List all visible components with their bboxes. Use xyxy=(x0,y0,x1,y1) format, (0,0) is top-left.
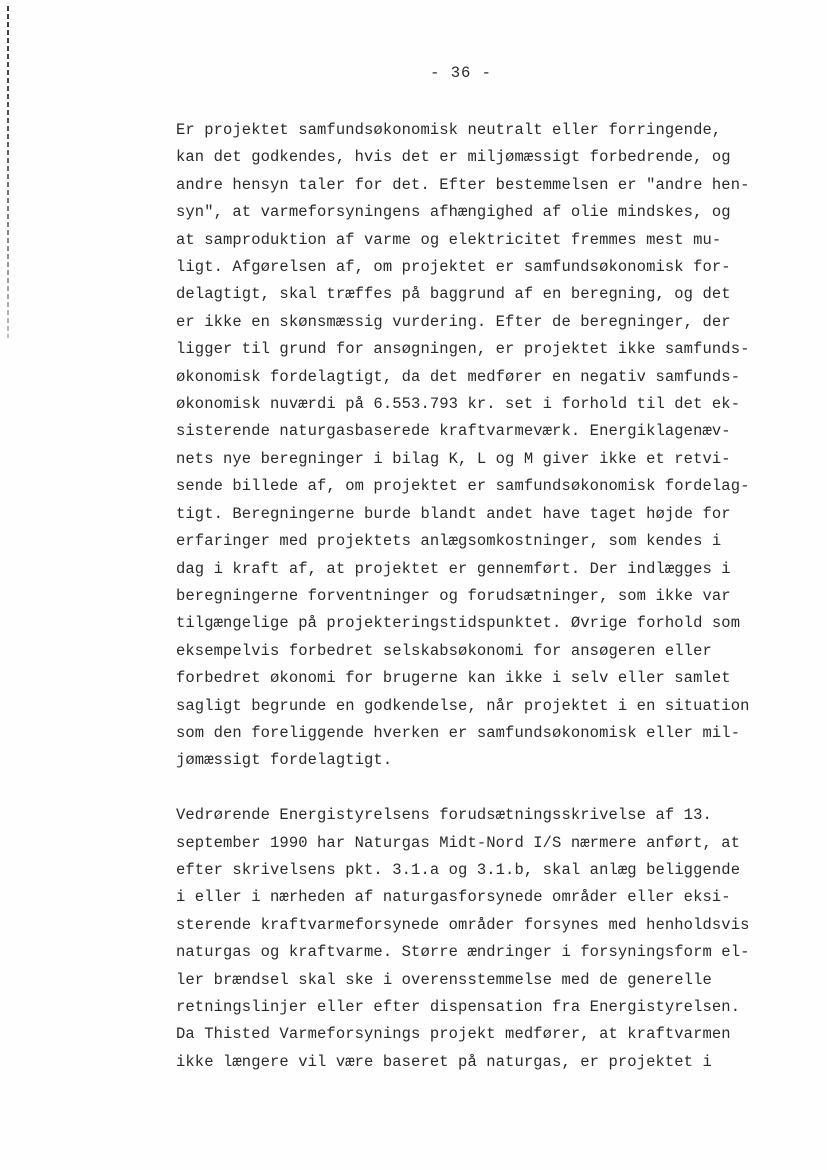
text-line: kan det godkendes, hvis det er miljømæss… xyxy=(176,144,776,171)
text-line: ligt. Afgørelsen af, om projektet er sam… xyxy=(176,254,776,281)
text-line: eksempelvis forbedret selskabsøkonomi fo… xyxy=(176,638,776,665)
text-line: Vedrørende Energistyrelsens forudsætning… xyxy=(176,802,776,829)
text-line: er ikke en skønsmæssig vurdering. Efter … xyxy=(176,309,776,336)
text-line: sterende kraftvarmeforsynede områder for… xyxy=(176,912,776,939)
text-line: nets nye beregninger i bilag K, L og M g… xyxy=(176,446,776,473)
text-line: jømæssigt fordelagtigt. xyxy=(176,747,776,774)
text-line: som den foreliggende hverken er samfunds… xyxy=(176,720,776,747)
text-line: september 1990 har Naturgas Midt-Nord I/… xyxy=(176,830,776,857)
text-line: ikke længere vil være baseret på naturga… xyxy=(176,1049,776,1076)
text-line: beregningerne forventninger og forudsætn… xyxy=(176,583,776,610)
text-line: ler brændsel skal ske i overensstemmelse… xyxy=(176,967,776,994)
text-line: erfaringer med projektets anlægsomkostni… xyxy=(176,528,776,555)
text-line: syn", at varmeforsyningens afhængighed a… xyxy=(176,199,776,226)
text-line: tigt. Beregningerne burde blandt andet h… xyxy=(176,501,776,528)
text-line: tilgængelige på projekteringstidspunktet… xyxy=(176,610,776,637)
text-line: økonomisk fordelagtigt, da det medfører … xyxy=(176,364,776,391)
text-block: Er projektet samfundsøkonomisk neutralt … xyxy=(176,117,776,1076)
text-line: forbedret økonomi for brugerne kan ikke … xyxy=(176,665,776,692)
text-line: Da Thisted Varmeforsynings projekt medfø… xyxy=(176,1021,776,1048)
text-line: naturgas og kraftvarme. Større ændringer… xyxy=(176,939,776,966)
text-line: sisterende naturgasbaserede kraftvarmevæ… xyxy=(176,418,776,445)
paragraph: Vedrørende Energistyrelsens forudsætning… xyxy=(176,802,776,1076)
page-number: - 36 - xyxy=(176,64,746,82)
text-line: sagligt begrunde en godkendelse, når pro… xyxy=(176,693,776,720)
text-line: Er projektet samfundsøkonomisk neutralt … xyxy=(176,117,776,144)
text-line: i eller i nærheden af naturgasforsynede … xyxy=(176,884,776,911)
text-line: delagtigt, skal træffes på baggrund af e… xyxy=(176,281,776,308)
text-line: retningslinjer eller efter dispensation … xyxy=(176,994,776,1021)
text-line: ligger til grund for ansøgningen, er pro… xyxy=(176,336,776,363)
scanned-document-page: - 36 - Er projektet samfundsøkonomisk ne… xyxy=(0,0,827,1170)
text-line: dag i kraft af, at projektet er gennemfø… xyxy=(176,556,776,583)
text-line: økonomisk nuværdi på 6.553.793 kr. set i… xyxy=(176,391,776,418)
text-line: sende billede af, om projektet er samfun… xyxy=(176,473,776,500)
text-line: at samproduktion af varme og elektricite… xyxy=(176,227,776,254)
text-line: andre hensyn taler for det. Efter bestem… xyxy=(176,172,776,199)
text-line: efter skrivelsens pkt. 3.1.a og 3.1.b, s… xyxy=(176,857,776,884)
paragraph: Er projektet samfundsøkonomisk neutralt … xyxy=(176,117,776,775)
scan-artifact-line xyxy=(7,6,9,338)
